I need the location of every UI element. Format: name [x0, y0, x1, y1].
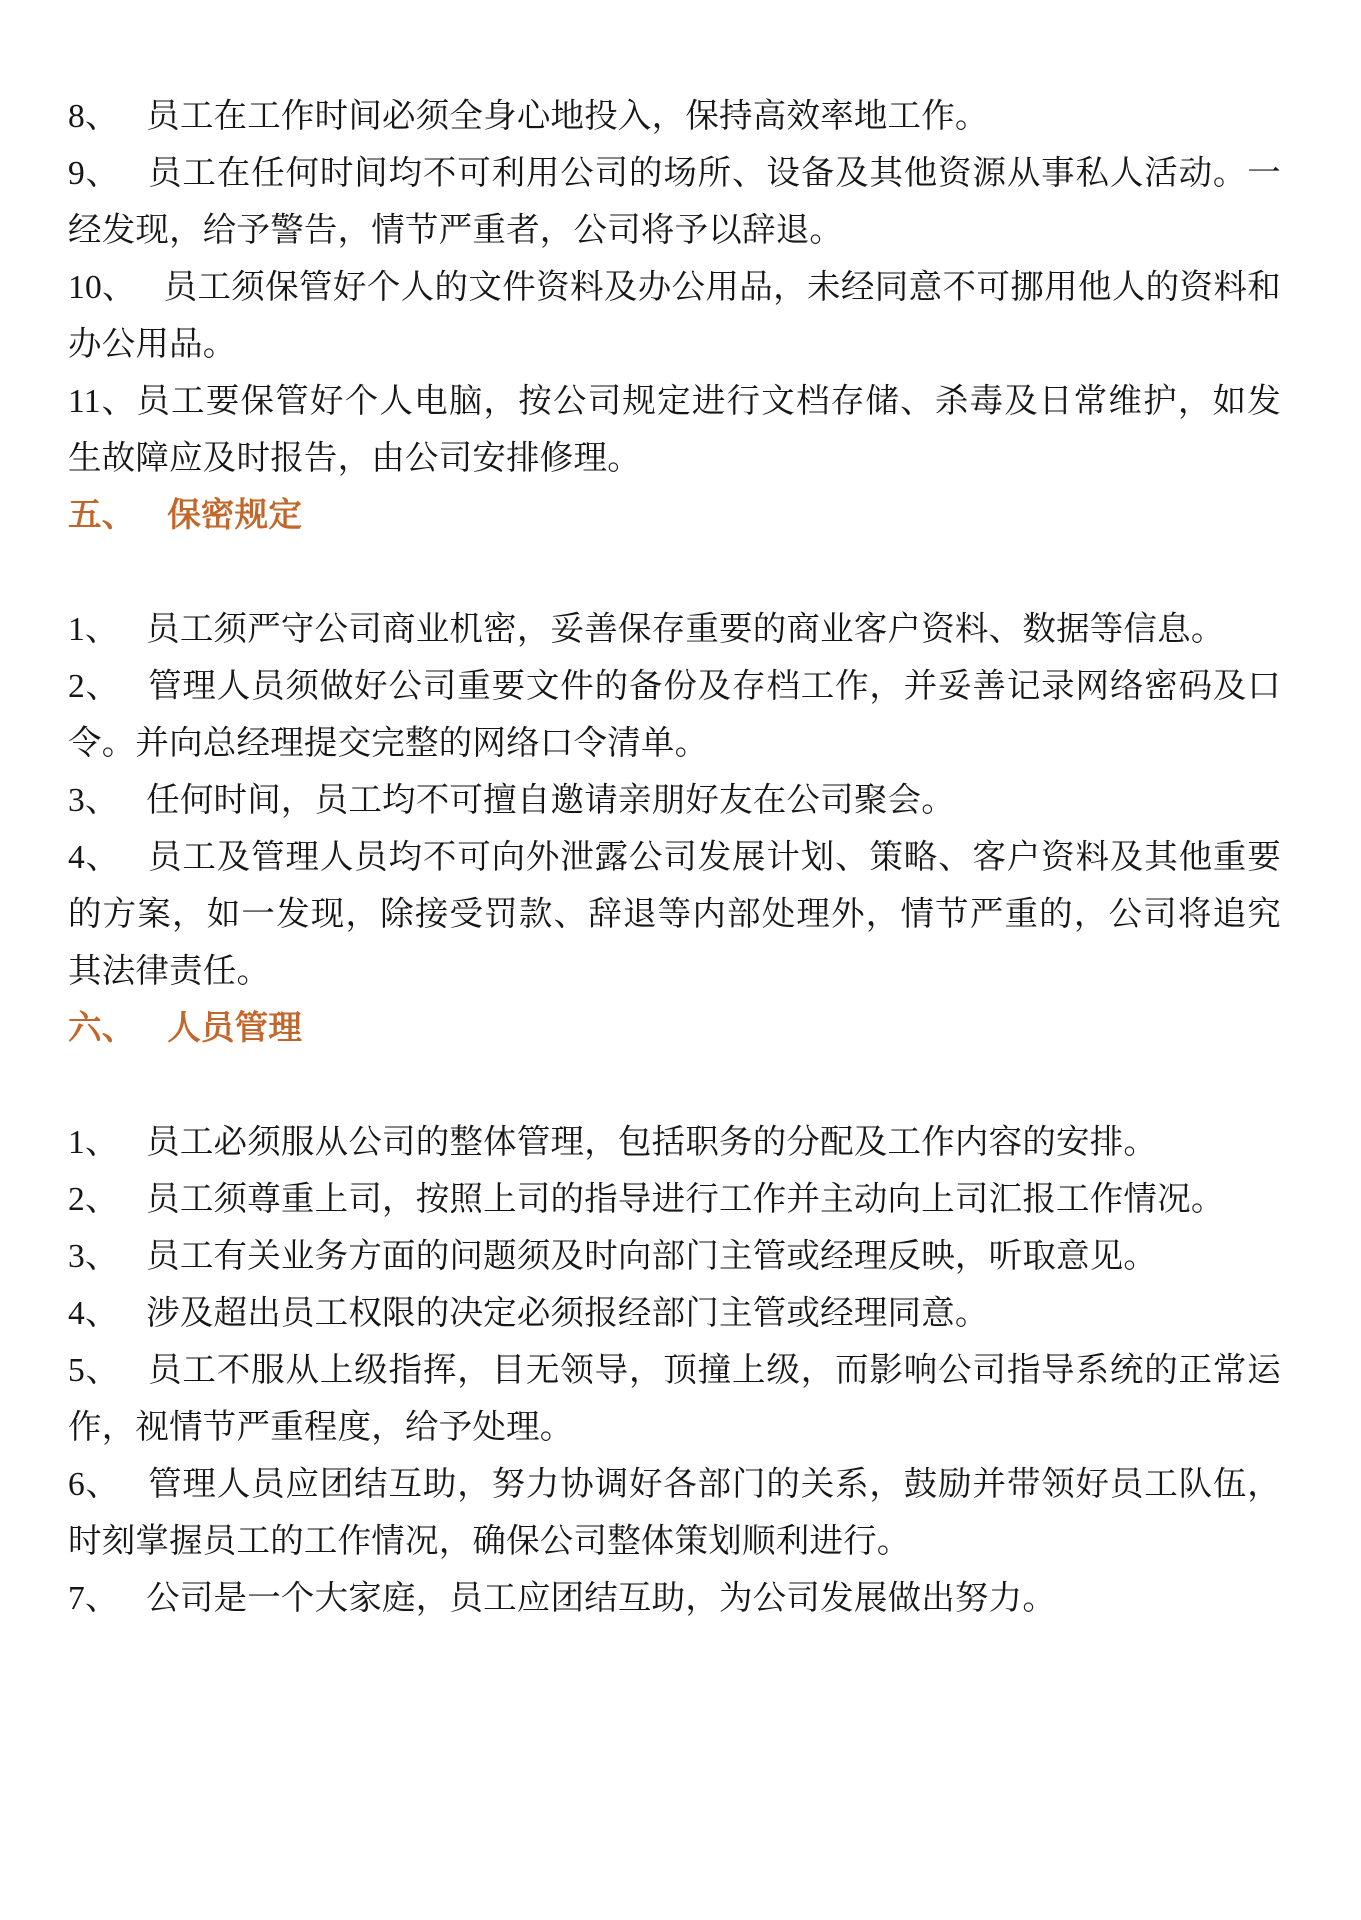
line-text: 经发现，给予警告，情节严重者，公司将予以辞退。 — [68, 212, 843, 249]
list-item-line: 2、管理人员须做好公司重要文件的备份及存档工作，并妥善记录网络密码及口 — [68, 658, 1281, 715]
item-number: 5、 — [68, 1352, 120, 1389]
document-page: 8、员工在工作时间必须全身心地投入，保持高效率地工作。 9、员工在任何时间均不可… — [0, 0, 1361, 1920]
line-text: 公司是一个大家庭，员工应团结互助，为公司发展做出努力。 — [146, 1580, 1056, 1617]
item-number: 6、 — [68, 1466, 120, 1503]
line-text: 员工有关业务方面的问题须及时向部门主管或经理反映，听取意见。 — [146, 1238, 1157, 1275]
list-item-line: 1、员工必须服从公司的整体管理，包括职务的分配及工作内容的安排。 — [68, 1114, 1281, 1171]
line-text: 员工须严守公司商业机密，妥善保存重要的商业客户资料、数据等信息。 — [146, 611, 1224, 648]
list-item-line: 3、员工有关业务方面的问题须及时向部门主管或经理反映，听取意见。 — [68, 1228, 1281, 1285]
continuation-line: 令。并向总经理提交完整的网络口令清单。 — [68, 715, 1281, 772]
line-text: 保密规定 — [167, 497, 302, 534]
text-line — [68, 544, 1281, 601]
item-number: 4、 — [68, 839, 120, 876]
line-text: 员工及管理人员均不可向外泄露公司发展计划、策略、客户资料及其他重要 — [147, 839, 1281, 876]
item-number: 六、 — [68, 1010, 135, 1047]
list-item-line: 2、员工须尊重上司，按照上司的指导进行工作并主动向上司汇报工作情况。 — [68, 1171, 1281, 1228]
item-number: 2、 — [68, 1181, 119, 1218]
line-text: 令。并向总经理提交完整的网络口令清单。 — [68, 725, 708, 762]
line-text: 的方案，如一发现，除接受罚款、辞退等内部处理外，情节严重的，公司将追究 — [68, 896, 1281, 933]
list-item-line: 11、员工要保管好个人电脑，按公司规定进行文档存储、杀毒及日常维护，如发 — [68, 373, 1281, 430]
continuation-line: 的方案，如一发现，除接受罚款、辞退等内部处理外，情节严重的，公司将追究 — [68, 886, 1281, 943]
list-item-line: 1、员工须严守公司商业机密，妥善保存重要的商业客户资料、数据等信息。 — [68, 601, 1281, 658]
item-number: 11、 — [68, 383, 136, 420]
line-text: 员工须保管好个人的文件资料及办公用品，未经同意不可挪用他人的资料和 — [163, 269, 1281, 306]
item-number: 3、 — [68, 782, 119, 819]
line-text: 作，视情节严重程度，给予处理。 — [68, 1409, 574, 1446]
list-item-line: 5、员工不服从上级指挥，目无领导，顶撞上级，而影响公司指导系统的正常运 — [68, 1342, 1281, 1399]
line-text: 时刻掌握员工的工作情况，确保公司整体策划顺利进行。 — [68, 1523, 911, 1560]
list-item-line: 7、公司是一个大家庭，员工应团结互助，为公司发展做出努力。 — [68, 1570, 1281, 1627]
line-text: 员工要保管好个人电脑，按公司规定进行文档存储、杀毒及日常维护，如发 — [136, 383, 1281, 420]
list-item-line: 4、员工及管理人员均不可向外泄露公司发展计划、策略、客户资料及其他重要 — [68, 829, 1281, 886]
list-item-line: 4、涉及超出员工权限的决定必须报经部门主管或经理同意。 — [68, 1285, 1281, 1342]
continuation-line: 其法律责任。 — [68, 943, 1281, 1000]
line-text: 办公用品。 — [68, 326, 237, 363]
text-line — [68, 1057, 1281, 1114]
line-text: 员工必须服从公司的整体管理，包括职务的分配及工作内容的安排。 — [146, 1124, 1157, 1161]
line-text: 人员管理 — [167, 1010, 302, 1047]
list-item-line: 3、任何时间，员工均不可擅自邀请亲朋好友在公司聚会。 — [68, 772, 1281, 829]
item-number: 4、 — [68, 1295, 119, 1332]
line-text: 员工不服从上级指挥，目无领导，顶撞上级，而影响公司指导系统的正常运 — [147, 1352, 1281, 1389]
section-heading: 六、人员管理 — [68, 1000, 1281, 1057]
item-number: 10、 — [68, 269, 136, 306]
item-number: 3、 — [68, 1238, 119, 1275]
line-text: 其法律责任。 — [68, 953, 270, 990]
line-text: 员工在工作时间必须全身心地投入，保持高效率地工作。 — [146, 98, 989, 135]
line-text: 任何时间，员工均不可擅自邀请亲朋好友在公司聚会。 — [146, 782, 955, 819]
line-text: 管理人员须做好公司重要文件的备份及存档工作，并妥善记录网络密码及口 — [147, 668, 1281, 705]
continuation-line: 经发现，给予警告，情节严重者，公司将予以辞退。 — [68, 202, 1281, 259]
list-item-line: 9、员工在任何时间均不可利用公司的场所、设备及其他资源从事私人活动。一 — [68, 145, 1281, 202]
list-item-line: 6、管理人员应团结互助，努力协调好各部门的关系，鼓励并带领好员工队伍， — [68, 1456, 1281, 1513]
item-number: 1、 — [68, 1124, 119, 1161]
line-text: 涉及超出员工权限的决定必须报经部门主管或经理同意。 — [146, 1295, 989, 1332]
item-number: 1、 — [68, 611, 119, 648]
line-text: 员工须尊重上司，按照上司的指导进行工作并主动向上司汇报工作情况。 — [146, 1181, 1224, 1218]
item-number: 7、 — [68, 1580, 119, 1617]
line-text: 管理人员应团结互助，努力协调好各部门的关系，鼓励并带领好员工队伍， — [147, 1466, 1281, 1503]
document-body: 8、员工在工作时间必须全身心地投入，保持高效率地工作。 9、员工在任何时间均不可… — [68, 88, 1281, 1627]
continuation-line: 时刻掌握员工的工作情况，确保公司整体策划顺利进行。 — [68, 1513, 1281, 1570]
item-number: 五、 — [68, 497, 135, 534]
list-item-line: 8、员工在工作时间必须全身心地投入，保持高效率地工作。 — [68, 88, 1281, 145]
list-item-line: 10、员工须保管好个人的文件资料及办公用品，未经同意不可挪用他人的资料和 — [68, 259, 1281, 316]
line-text: 生故障应及时报告，由公司安排修理。 — [68, 440, 641, 477]
item-number: 9、 — [68, 155, 120, 192]
continuation-line: 生故障应及时报告，由公司安排修理。 — [68, 430, 1281, 487]
section-heading: 五、保密规定 — [68, 487, 1281, 544]
continuation-line: 办公用品。 — [68, 316, 1281, 373]
item-number: 8、 — [68, 98, 119, 135]
line-text: 员工在任何时间均不可利用公司的场所、设备及其他资源从事私人活动。一 — [147, 155, 1281, 192]
continuation-line: 作，视情节严重程度，给予处理。 — [68, 1399, 1281, 1456]
item-number: 2、 — [68, 668, 120, 705]
